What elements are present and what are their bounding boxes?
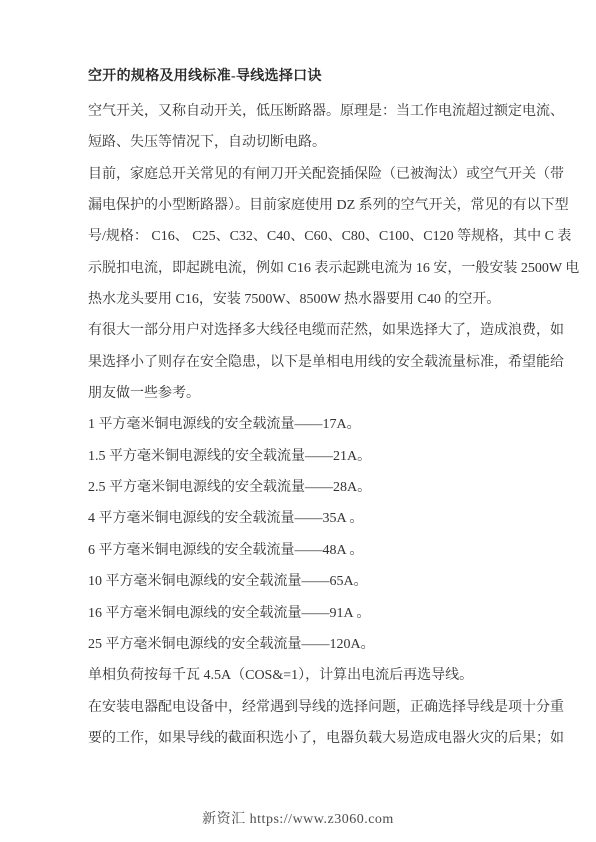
- text-line ampacity-line: 4 平方毫米铜电源线的安全载流量——35A 。: [88, 503, 524, 534]
- text-line: 示脱扣电流，即起跳电流，例如 C16 表示起跳电流为 16 安，一般安装 250…: [88, 253, 524, 284]
- text-line: 短路、失压等情况下，自动切断电路。: [88, 127, 524, 158]
- text-line ampacity-line: 2.5 平方毫米铜电源线的安全载流量——28A。: [88, 472, 524, 503]
- text-line ampacity-line: 25 平方毫米铜电源线的安全载流量——120A。: [88, 629, 524, 660]
- text-line: 热水龙头要用 C16，安装 7500W、8500W 热水器要用 C40 的空开。: [88, 284, 524, 315]
- document-body: 空开的规格及用线标准-导线选择口诀 空气开关，又称自动开关，低压断路器。原理是：…: [88, 65, 524, 754]
- text-line: 空气开关，又称自动开关，低压断路器。原理是：当工作电流超过额定电流、: [88, 96, 524, 127]
- text-line: 在安装电器配电设备中，经常遇到导线的选择问题，正确选择导线是项十分重: [88, 692, 524, 723]
- text-line: 有很大一部分用户对选择多大线径电缆而茫然，如果选择大了，造成浪费，如: [88, 315, 524, 346]
- text-line: 漏电保护的小型断路器）。目前家庭使用 DZ 系列的空气开关，常见的有以下型: [88, 190, 524, 221]
- text-line ampacity-line: 1 平方毫米铜电源线的安全载流量——17A。: [88, 409, 524, 440]
- text-line ampacity-line: 6 平方毫米铜电源线的安全载流量——48A 。: [88, 535, 524, 566]
- text-line ampacity-line: 1.5 平方毫米铜电源线的安全载流量——21A。: [88, 441, 524, 472]
- page-footer: 新资汇 https://www.z3060.com: [0, 810, 596, 830]
- text-line: 朋友做一些参考。: [88, 378, 524, 409]
- document-title: 空开的规格及用线标准-导线选择口诀: [88, 65, 524, 89]
- text-line ampacity-line: 10 平方毫米铜电源线的安全载流量——65A。: [88, 566, 524, 597]
- document-page: 空开的规格及用线标准-导线选择口诀 空气开关，又称自动开关，低压断路器。原理是：…: [0, 0, 596, 842]
- footer-site-name: 新资汇: [202, 812, 246, 827]
- text-line: 要的工作，如果导线的截面积选小了，电器负载大易造成电器火灾的后果；如: [88, 723, 524, 754]
- text-line: 号/规格： C16、 C25、C32、C40、C60、C80、C100、C120…: [88, 221, 524, 252]
- text-line: 果选择小了则存在安全隐患，以下是单相电用线的安全载流量标准，希望能给: [88, 347, 524, 378]
- text-line: 单相负荷按每千瓦 4.5A（COS&=1），计算出电流后再选导线。: [88, 660, 524, 691]
- footer-site-url: https://www.z3060.com: [250, 812, 394, 827]
- text-line ampacity-line: 16 平方毫米铜电源线的安全载流量——91A 。: [88, 598, 524, 629]
- text-line: 目前，家庭总开关常见的有闸刀开关配瓷插保险（已被淘汰）或空气开关（带: [88, 159, 524, 190]
